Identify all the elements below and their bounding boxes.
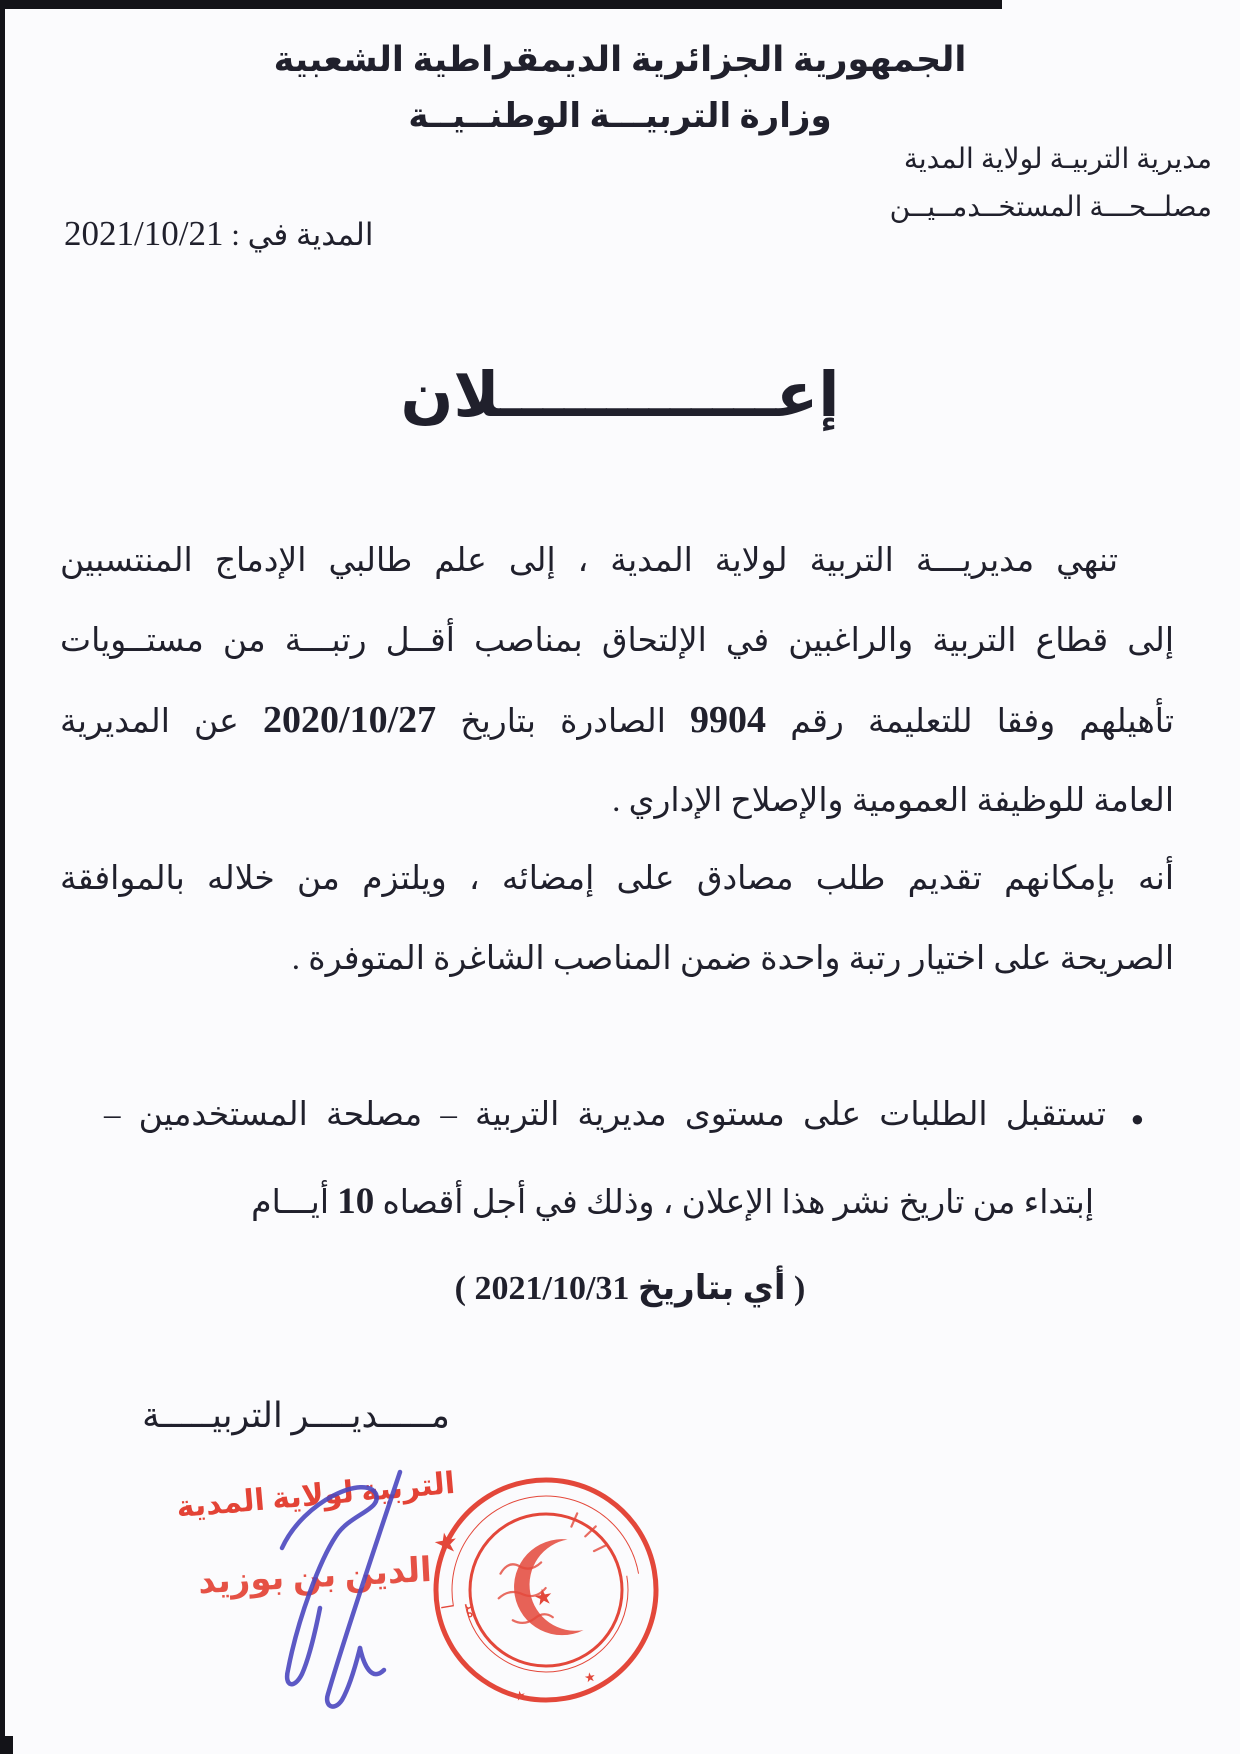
notice-line-2-text-a: إبتداء من تاريخ نشر هذا الإعلان ، وذلك ف… [374, 1185, 1094, 1221]
scan-edge-left [0, 0, 5, 1754]
notice-line-2: إبتداء من تاريخ نشر هذا الإعلان ، وذلك ف… [130, 1180, 1094, 1223]
instruction-date: 2020/10/27 [263, 699, 436, 741]
signer-title: مـــــديــــر التربيـــــة [118, 1396, 474, 1436]
header-service: مصلــحـــة المستخــدمــيــن [890, 184, 1212, 232]
seal-sun-rays [569, 1509, 607, 1554]
body-line-3: تأهيلهم وفقا للتعليمة رقم 9904 الصادرة ب… [60, 698, 1174, 742]
place-date-label: المدية في : [231, 217, 373, 252]
scan-edge-top [0, 0, 1002, 9]
star-icon: ★ [583, 1669, 597, 1686]
star-icon: ★ [531, 1583, 555, 1611]
header-directorate: مديرية التربيـة لولاية المدية [890, 136, 1212, 184]
scanned-document-page: الجمهورية الجزائرية الديمقراطية الشعبية … [0, 0, 1240, 1754]
instruction-number: 9904 [690, 699, 766, 741]
body-line-5: أنه بإمكانهم تقديم طلب مصادق على إمضائه … [60, 858, 1174, 898]
bullet-icon: ● [1131, 1106, 1144, 1132]
document-title: إعـــــــــــــلان [0, 358, 1240, 432]
official-round-seal: الجمهورية الجزائرية الديمقراطية الشعبية … [407, 1451, 685, 1729]
signature-stroke-slash [327, 1472, 400, 1707]
notice-line-1: تستقبل الطلبات على مستوى مديرية التربية … [104, 1094, 1106, 1134]
deadline-date-parenthetical: ( أي بتاريخ 2021/10/31 ) [330, 1268, 930, 1308]
body-line-3-text-a: تأهيلهم وفقا للتعليمة رقم [766, 704, 1174, 740]
notice-line-2-text-b: أيـــام [251, 1185, 337, 1221]
body-line-3-text-b: الصادرة بتاريخ [436, 704, 690, 740]
header-ministry: وزارة التربيـــة الوطنــيــة [0, 96, 1240, 136]
place-date-value: 2021/10/21 [64, 214, 223, 253]
deadline-days: 10 [337, 1181, 374, 1222]
body-line-1: تنهي مديريـــة التربية لولاية المدية ، إ… [60, 540, 1174, 580]
signature-stroke-hook [360, 1648, 384, 1674]
body-line-2: إلى قطاع التربية والراغبين في الإلتحاق ب… [60, 620, 1174, 660]
body-line-6: الصريحة على اختيار رتبة واحدة ضمن المناص… [60, 938, 1174, 978]
star-icon: ★ [513, 1687, 527, 1704]
place-date-line: المدية في : 2021/10/21 [64, 214, 373, 254]
header-republic: الجمهورية الجزائرية الديمقراطية الشعبية [0, 40, 1240, 80]
body-line-3-text-c: عن المديرية [60, 704, 263, 740]
body-line-4: العامة للوظيفة العمومية والإصلاح الإداري… [60, 780, 1174, 820]
scan-mark-bottom-left [0, 1736, 13, 1754]
header-directorate-block: مديرية التربيـة لولاية المدية مصلــحـــة… [890, 136, 1212, 232]
star-icon: ★ [431, 1527, 461, 1562]
